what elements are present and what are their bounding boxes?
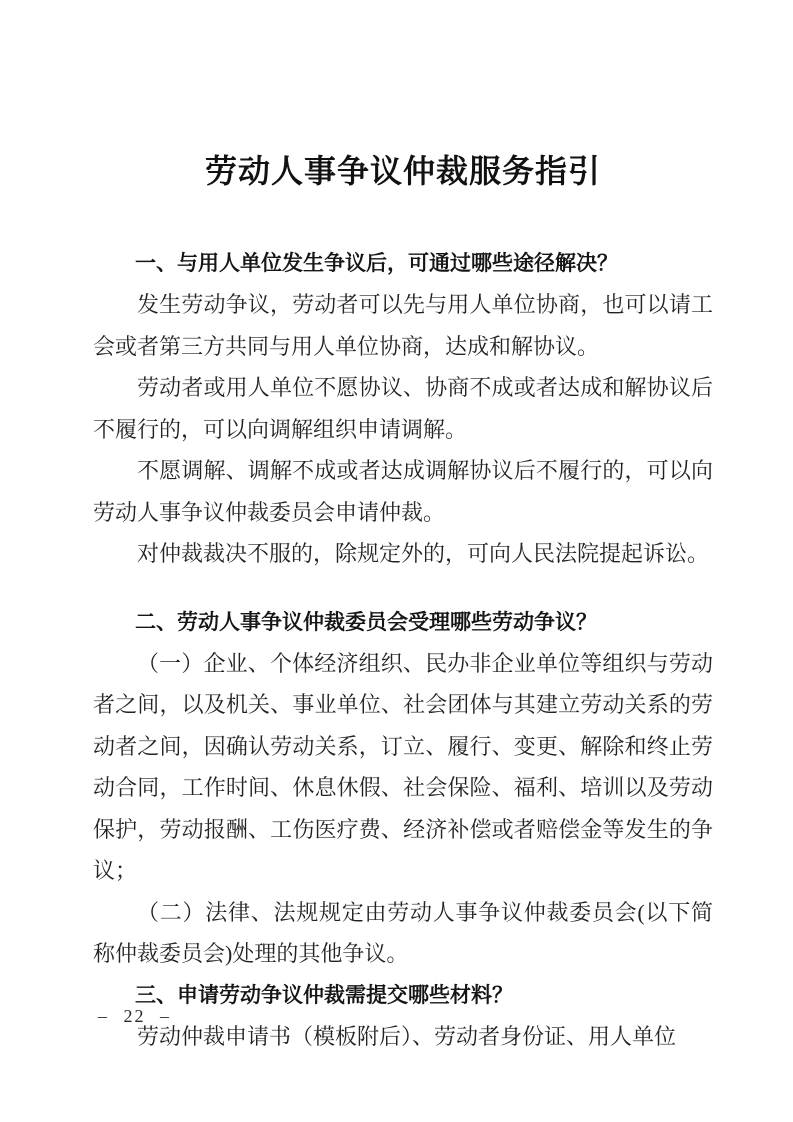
section-3: 三、申请劳动争议仲裁需提交哪些材料？ 劳动仲裁申请书（模板附后）、劳动者身份证、… (93, 975, 713, 1058)
page-content: 劳动人事争议仲裁服务指引 一、与用人单位发生争议后，可通过哪些途径解决？ 发生劳… (93, 150, 713, 1057)
paragraph: 不愿调解、调解不成或者达成调解协议后不履行的，可以向劳动人事争议仲裁委员会申请仲… (93, 450, 713, 533)
section-3-heading: 三、申请劳动争议仲裁需提交哪些材料？ (93, 975, 713, 1016)
paragraph: （一）企业、个体经济组织、民办非企业单位等组织与劳动者之间，以及机关、事业单位、… (93, 643, 713, 892)
section-1: 一、与用人单位发生争议后，可通过哪些途径解决？ 发生劳动争议，劳动者可以先与用人… (93, 243, 713, 575)
document-page: 劳动人事争议仲裁服务指引 一、与用人单位发生争议后，可通过哪些途径解决？ 发生劳… (0, 0, 793, 1122)
paragraph: 对仲裁裁决不服的，除规定外的，可向人民法院提起诉讼。 (93, 533, 713, 575)
section-2-heading: 二、劳动人事争议仲裁委员会受理哪些劳动争议？ (93, 602, 713, 643)
paragraph: （二）法律、法规规定由劳动人事争议仲裁委员会(以下简称仲裁委员会)处理的其他争议… (93, 892, 713, 975)
paragraph: 发生劳动争议，劳动者可以先与用人单位协商，也可以请工会或者第三方共同与用人单位协… (93, 284, 713, 367)
page-number: – 22 – (98, 1006, 171, 1027)
paragraph: 劳动者或用人单位不愿协议、协商不成或者达成和解协议后不履行的，可以向调解组织申请… (93, 367, 713, 450)
section-1-heading: 一、与用人单位发生争议后，可通过哪些途径解决？ (93, 243, 713, 284)
paragraph: 劳动仲裁申请书（模板附后）、劳动者身份证、用人单位 (93, 1016, 713, 1058)
section-2: 二、劳动人事争议仲裁委员会受理哪些劳动争议？ （一）企业、个体经济组织、民办非企… (93, 602, 713, 975)
page-title: 劳动人事争议仲裁服务指引 (93, 150, 713, 192)
